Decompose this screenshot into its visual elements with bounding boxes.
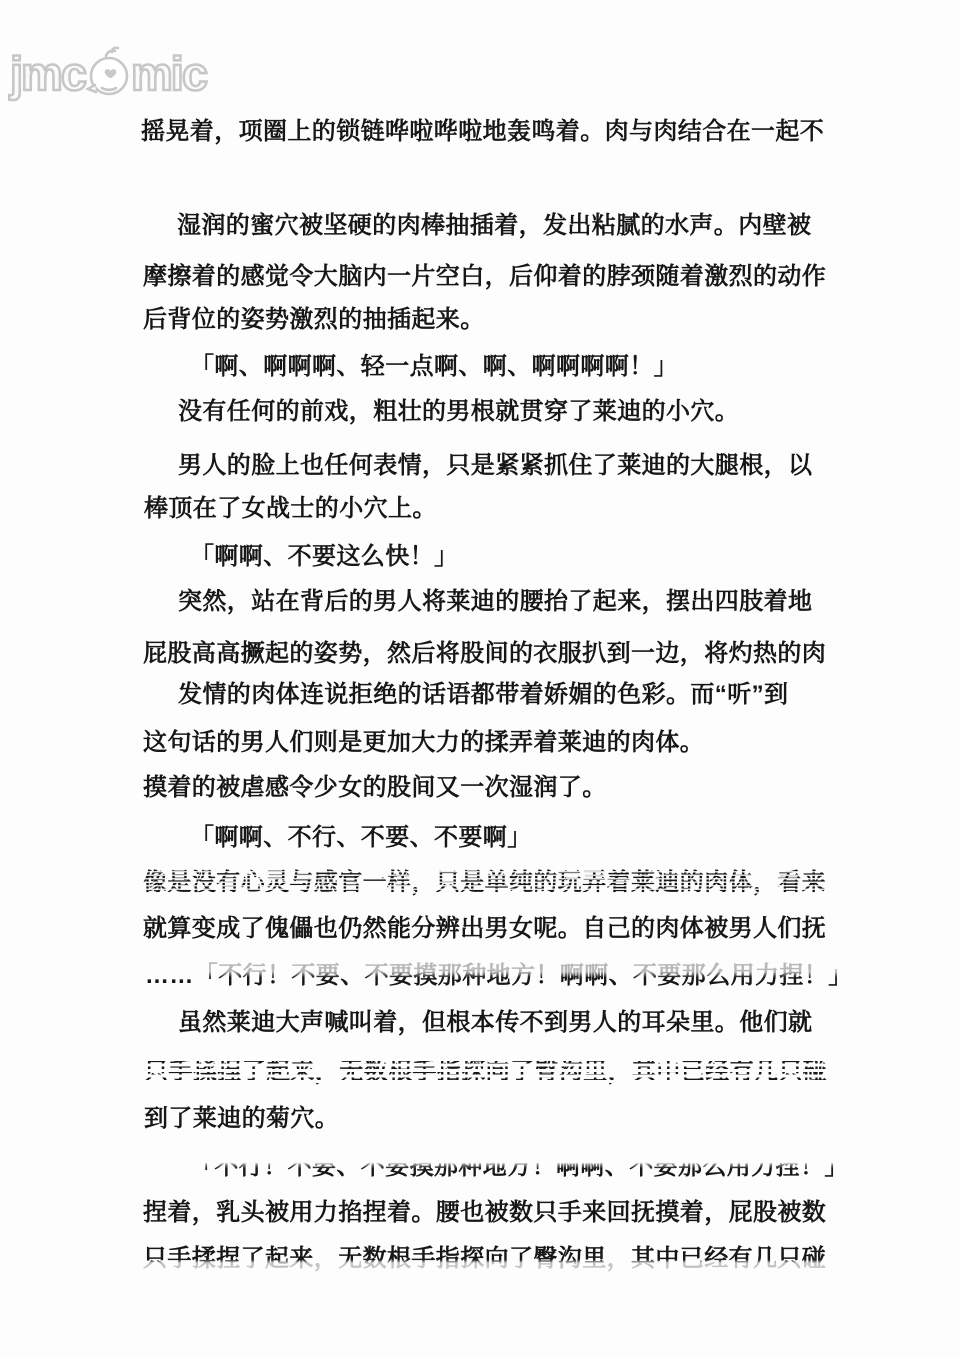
text-line: 摇晃着，项圈上的锁链哗啦哗啦地轰鸣着。肉与肉结合在一起不 [141,118,824,146]
watermark-text-right: mic [131,50,206,97]
jmcomic-watermark: jmc mic [10,42,206,104]
glitched-dialog-line: ……「不行！不要、不要摸那种地方！啊啊、不要那么用力捏！」 [145,962,853,990]
watermark-text-left: jmc [10,50,85,97]
glitched-dialog-line: 「不行！不要、不要摸那种地方！啊啊、不要那么用力捏！」 [190,1153,849,1181]
bird-mascot-icon [85,45,131,101]
text-line: 就算变成了傀儡也仍然能分辨出男女呢。自己的肉体被男人们抚 [143,915,826,943]
text-line: 湿润的蜜穴被坚硬的肉棒抽插着，发出粘腻的水声。内壁被 [177,212,811,240]
text-line: 发情的肉体连说拒绝的话语都带着娇媚的色彩。而“听”到 [178,681,788,709]
glitched-text-line: 只手揉捏了起来，无数根手指探向了臀沟里，其中已经有几只碰 [143,1245,826,1273]
text-line: 虽然莱迪大声喊叫着，但根本传不到男人的耳朵里。他们就 [178,1009,812,1037]
glitched-text-line: 像是没有心灵与感官一样，只是单纯的玩弄着莱迪的肉体，看来 [143,869,826,897]
text-line: 突然，站在背后的男人将莱迪的腰抬了起来，摆出四肢着地 [178,588,812,616]
novel-page: jmc mic 摇晃着，项圈上的锁链哗啦哗啦地轰鸣着。肉与肉结合在一起不 湿润的… [0,0,960,1358]
text-line: 没有任何的前戏，粗壮的男根就贯穿了莱迪的小穴。 [178,398,739,426]
text-line: 屁股高高撅起的姿势，然后将股间的衣服扒到一边，将灼热的肉 [143,640,826,668]
dialog-line: 「啊啊、不行、不要、不要啊」 [190,824,532,852]
text-line: 到了莱迪的菊穴。 [144,1105,339,1133]
dialog-line: 「啊、啊啊啊、轻一点啊、啊、啊啊啊啊！」 [190,353,678,381]
text-line: 摩擦着的感觉令大脑内一片空白，后仰着的脖颈随着激烈的动作 [143,263,826,291]
text-line: 这句话的男人们则是更加大力的揉弄着莱迪的肉体。 [143,729,704,757]
text-line: 棒顶在了女战士的小穴上。 [144,495,437,523]
text-line: 摸着的被虐感令少女的股间又一次湿润了。 [143,774,607,802]
text-line: 后背位的姿势激烈的抽插起来。 [143,306,485,334]
dialog-line: 「啊啊、不要这么快！」 [190,543,458,571]
text-line: 男人的脸上也任何表情，只是紧紧抓住了莱迪的大腿根，以 [178,452,812,480]
glitched-text-line: 只手揉捏了起来，无数根手指探向了臀沟里，其中已经有几只碰 [144,1058,827,1086]
text-line: 捏着，乳头被用力掐捏着。腰也被数只手来回抚摸着，屁股被数 [143,1199,826,1227]
